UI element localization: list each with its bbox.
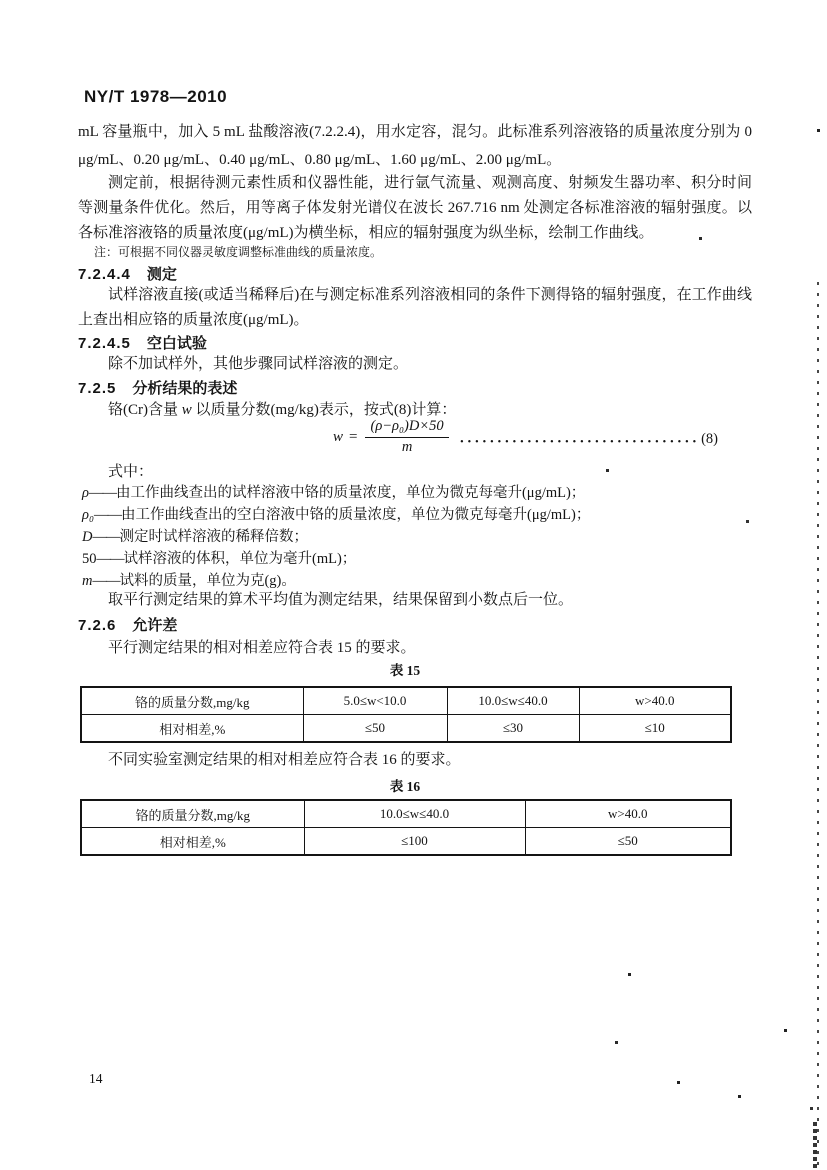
equation-8: w = (ρ−ρ₀)D×50 m ･･･････････････････････… bbox=[78, 418, 718, 456]
table-cell: 铬的质量分数,mg/kg bbox=[81, 800, 304, 828]
definition-text: 由工作曲线查出的试样溶液中铬的质量浓度，单位为微克每毫升(μg/mL)； bbox=[116, 485, 585, 501]
scanned-document-page: NY/T 1978—2010 mL 容量瓶中，加入 5 mL 盐酸溶液(7.2.… bbox=[0, 0, 827, 1170]
table15-caption: 表 15 bbox=[80, 659, 730, 679]
fraction: (ρ−ρ₀)D×50 m bbox=[365, 418, 448, 456]
paragraph-determination: 试样溶液直接(或适当稀释后)在与测定标准系列溶液相同的条件下测得铬的辐射强度，在… bbox=[78, 283, 752, 333]
section-title: 空白试验 bbox=[147, 336, 207, 352]
dash: —— bbox=[97, 551, 124, 567]
symbol: D bbox=[82, 529, 92, 545]
section-number: 7.2.6 bbox=[78, 617, 116, 634]
note-line: 注：可根据不同仪器灵敏度调整标准曲线的质量浓度。 bbox=[78, 244, 768, 261]
section-heading-7-2-4-4: 7.2.4.4测定 bbox=[78, 263, 177, 284]
scan-edge-artifact bbox=[817, 282, 819, 1170]
definition-50: 50——试样溶液的体积，单位为毫升(mL)； bbox=[82, 548, 750, 570]
definition-text: 由工作曲线查出的空白溶液中铬的质量浓度，单位为微克每毫升(μg/mL)； bbox=[121, 507, 590, 523]
table-cell: 10.0≤w≤40.0 bbox=[447, 687, 579, 715]
scan-edge-artifact-bottom bbox=[813, 1122, 817, 1168]
section-title: 允许差 bbox=[132, 618, 177, 634]
text-segment: 以质量分数(mg/kg)表示，按式(8)计算： bbox=[192, 402, 457, 418]
symbol-w: w bbox=[182, 402, 192, 418]
section-number: 7.2.5 bbox=[78, 380, 116, 397]
paragraph-blank-test: 除不加试样外，其他步骤同试样溶液的测定。 bbox=[78, 352, 752, 377]
table-16: 铬的质量分数,mg/kg 10.0≤w≤40.0 w>40.0 相对相差,% ≤… bbox=[80, 799, 732, 856]
definition-text: 试料的质量，单位为克(g)。 bbox=[119, 573, 295, 589]
table-row: 相对相差,% ≤50 ≤30 ≤10 bbox=[81, 715, 731, 743]
table-row: 相对相差,% ≤100 ≤50 bbox=[81, 828, 731, 856]
table-row: 铬的质量分数,mg/kg 10.0≤w≤40.0 w>40.0 bbox=[81, 800, 731, 828]
definition-rho0: ρ₀——由工作曲线查出的空白溶液中铬的质量浓度，单位为微克每毫升(μg/mL)； bbox=[82, 504, 750, 526]
section-heading-7-2-5: 7.2.5分析结果的表述 bbox=[78, 377, 237, 398]
text-segment: 铬(Cr)含量 bbox=[108, 402, 182, 418]
paragraph-mean-result: 取平行测定结果的算术平均值为测定结果，结果保留到小数点后一位。 bbox=[78, 588, 752, 613]
paragraph-table16-ref: 不同实验室测定结果的相对相差应符合表 16 的要求。 bbox=[78, 748, 752, 773]
section-heading-7-2-4-5: 7.2.4.5空白试验 bbox=[78, 332, 207, 353]
symbol: m bbox=[82, 573, 92, 589]
section-heading-7-2-6: 7.2.6允许差 bbox=[78, 614, 177, 635]
table-cell: 相对相差,% bbox=[81, 715, 303, 743]
equals-sign: = bbox=[349, 429, 357, 446]
dash: —— bbox=[92, 529, 119, 545]
fraction-denominator: m bbox=[365, 438, 448, 456]
section-number: 7.2.4.5 bbox=[78, 335, 131, 352]
table-cell: 5.0≤w<10.0 bbox=[303, 687, 447, 715]
scan-noise-specks bbox=[0, 0, 1, 1]
table-cell: ≤50 bbox=[303, 715, 447, 743]
dot-leader: ････････････････････････････････････････… bbox=[459, 431, 697, 450]
paragraph-standard-series: mL 容量瓶中，加入 5 mL 盐酸溶液(7.2.2.4)，用水定容，混匀。此标… bbox=[78, 118, 752, 174]
table-cell: w>40.0 bbox=[579, 687, 731, 715]
table-cell: 10.0≤w≤40.0 bbox=[304, 800, 525, 828]
dash: —— bbox=[94, 507, 121, 523]
dash: —— bbox=[92, 573, 119, 589]
section-title: 分析结果的表述 bbox=[132, 381, 237, 397]
equation-number: (8) bbox=[701, 431, 718, 448]
table-cell: 相对相差,% bbox=[81, 828, 304, 856]
symbol-definitions-list: ρ——由工作曲线查出的试样溶液中铬的质量浓度，单位为微克每毫升(μg/mL)； … bbox=[82, 482, 750, 592]
symbol: 50 bbox=[82, 551, 97, 567]
definition-text: 测定时试样溶液的稀释倍数； bbox=[119, 529, 308, 545]
paragraph-table15-ref: 平行测定结果的相对相差应符合表 15 的要求。 bbox=[78, 636, 752, 661]
definition-D: D——测定时试样溶液的稀释倍数； bbox=[82, 526, 750, 548]
definition-text: 试样溶液的体积，单位为毫升(mL)； bbox=[124, 551, 357, 567]
table16-caption: 表 16 bbox=[80, 775, 730, 795]
equation-lhs: w = (ρ−ρ₀)D×50 m bbox=[333, 418, 449, 456]
table-cell: ≤10 bbox=[579, 715, 731, 743]
table-cell: ≤100 bbox=[304, 828, 525, 856]
fraction-numerator: (ρ−ρ₀)D×50 bbox=[365, 418, 448, 438]
table-15: 铬的质量分数,mg/kg 5.0≤w<10.0 10.0≤w≤40.0 w>40… bbox=[80, 686, 732, 743]
dash: —— bbox=[89, 485, 116, 501]
section-title: 测定 bbox=[147, 267, 177, 283]
standard-number-header: NY/T 1978—2010 bbox=[84, 87, 227, 107]
table-cell: 铬的质量分数,mg/kg bbox=[81, 687, 303, 715]
table-cell: w>40.0 bbox=[525, 800, 731, 828]
page-number: 14 bbox=[89, 1071, 103, 1087]
symbol: ρ₀ bbox=[82, 507, 94, 523]
paragraph-instrument-setup: 测定前，根据待测元素性质和仪器性能，进行氩气流量、观测高度、射频发生器功率、积分… bbox=[78, 171, 752, 246]
section-number: 7.2.4.4 bbox=[78, 266, 131, 283]
table-row: 铬的质量分数,mg/kg 5.0≤w<10.0 10.0≤w≤40.0 w>40… bbox=[81, 687, 731, 715]
table-cell: ≤50 bbox=[525, 828, 731, 856]
symbol: ρ bbox=[82, 485, 89, 501]
definition-rho: ρ——由工作曲线查出的试样溶液中铬的质量浓度，单位为微克每毫升(μg/mL)； bbox=[82, 482, 750, 504]
symbol-w: w bbox=[333, 429, 343, 446]
table-cell: ≤30 bbox=[447, 715, 579, 743]
